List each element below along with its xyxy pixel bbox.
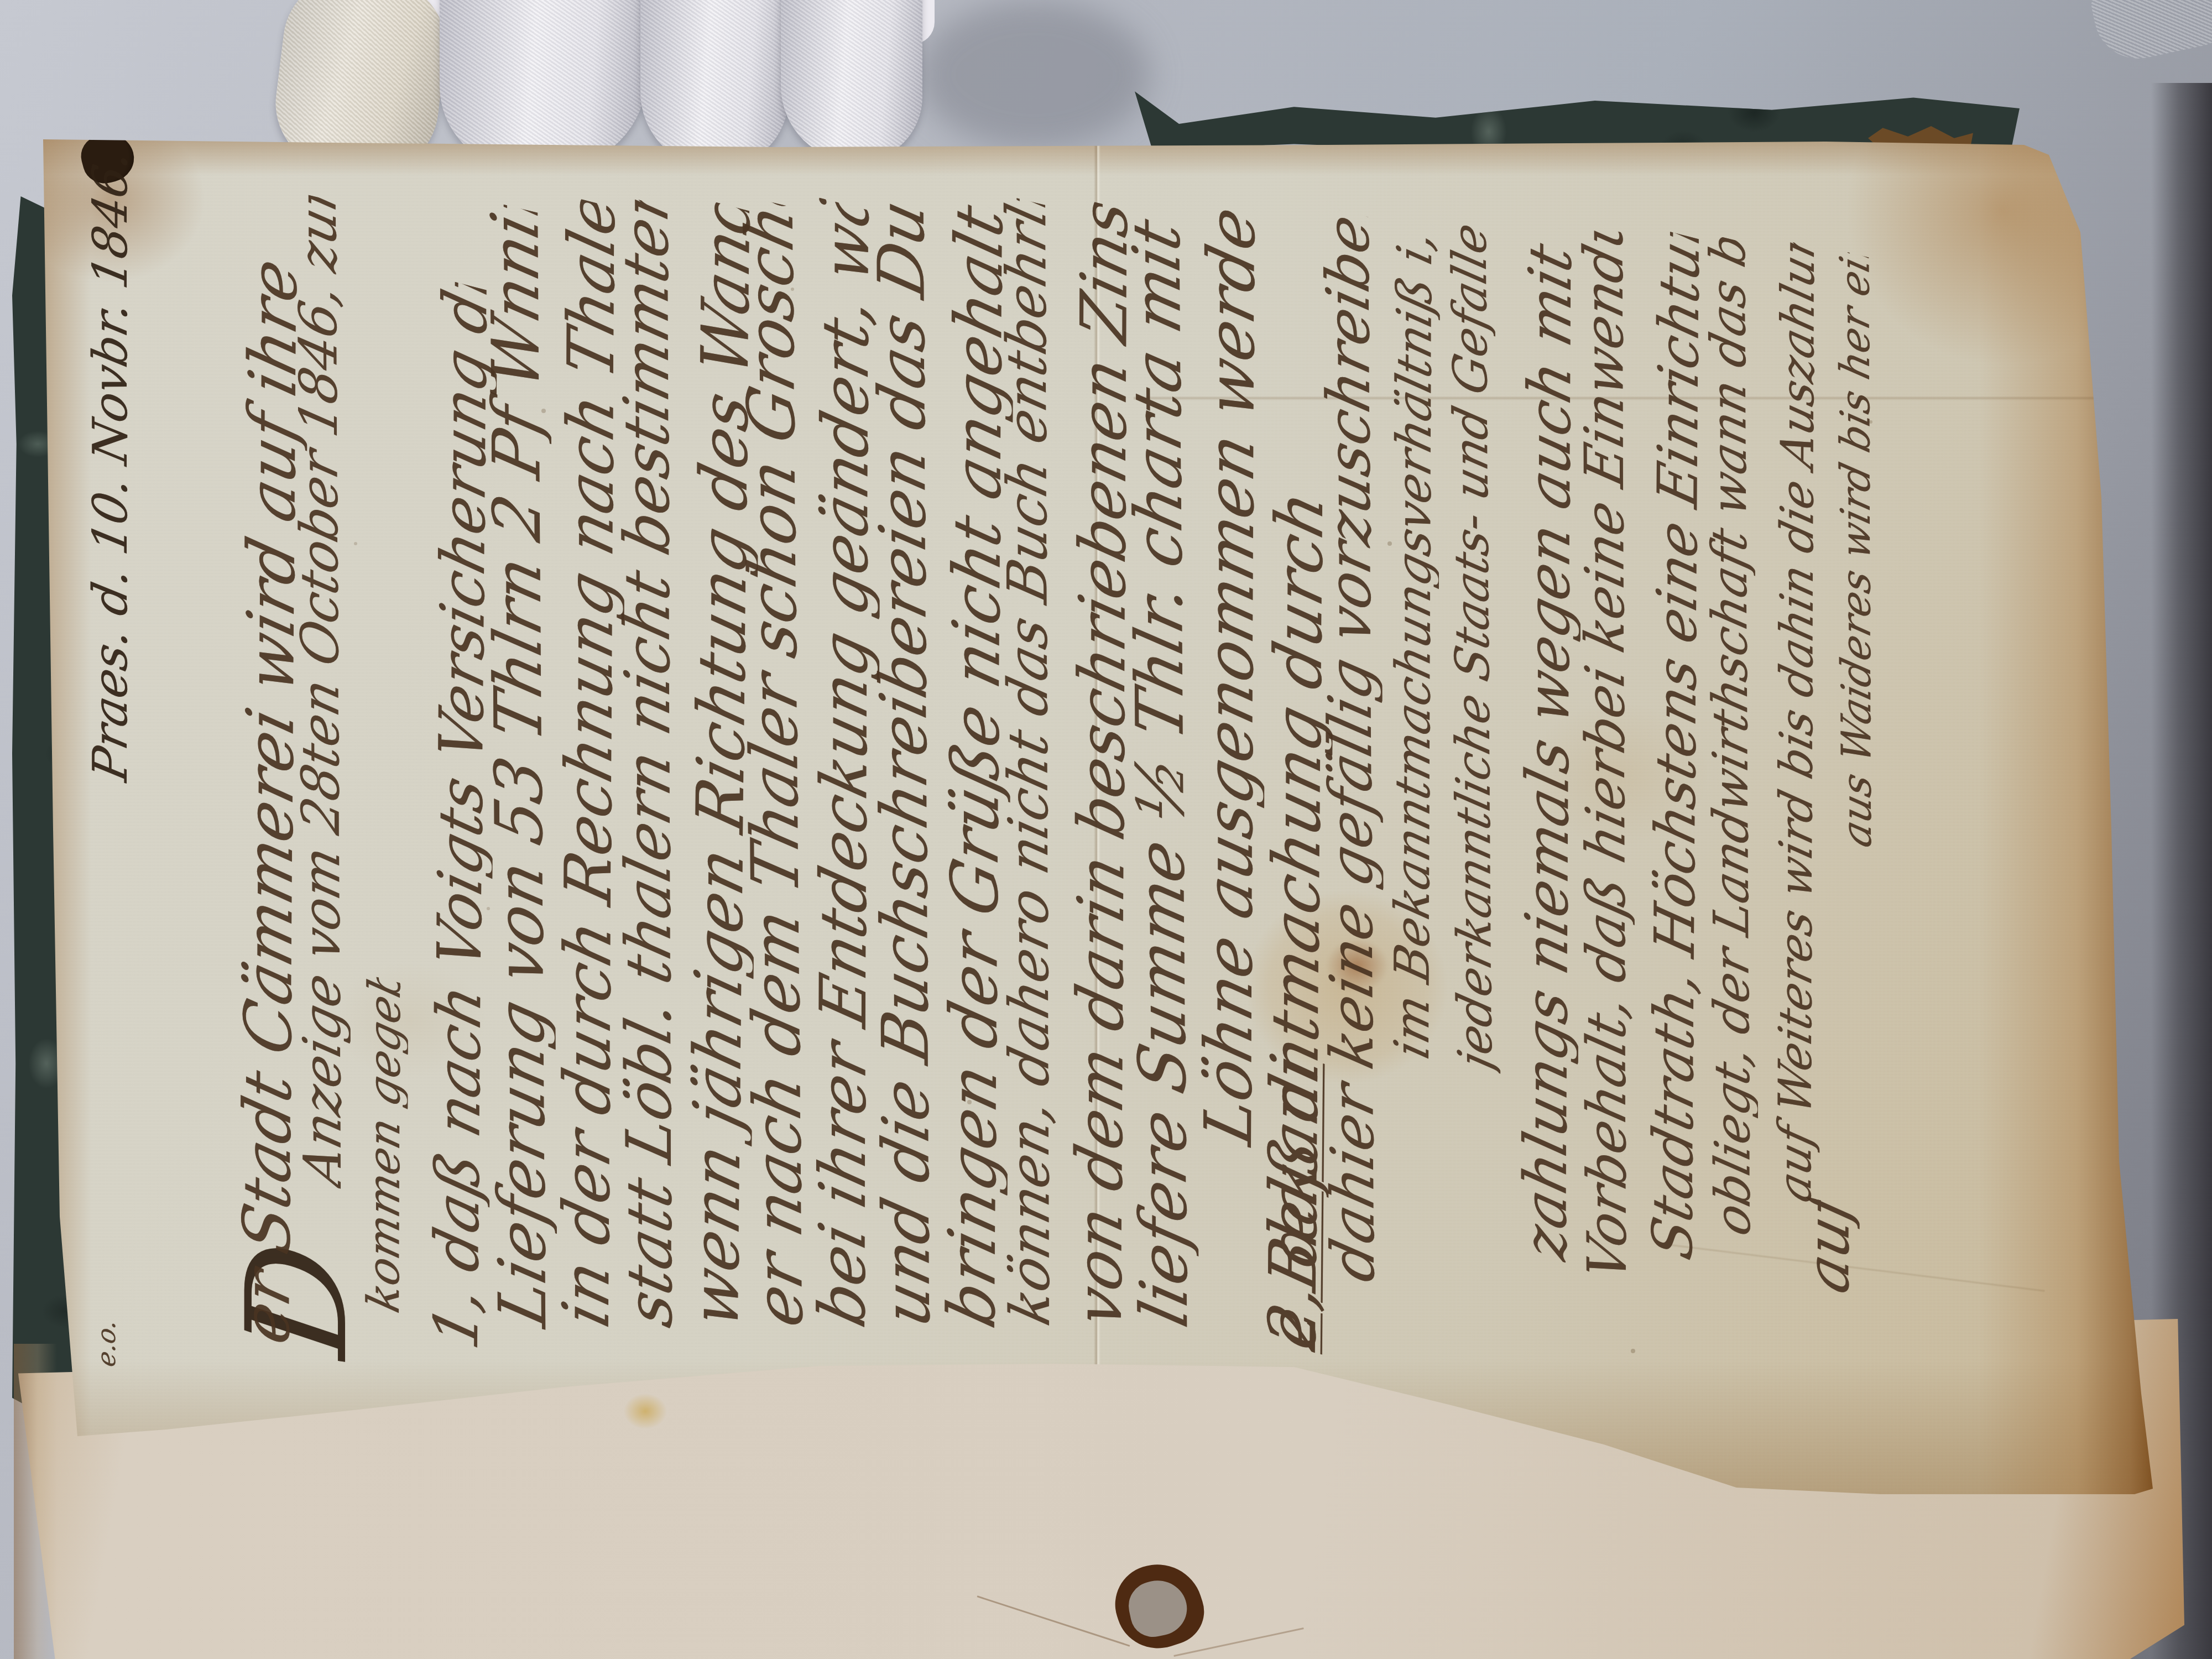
manuscript-line: Löhne ausgenommen werden. [1194,199,1266,1151]
manuscript-line: jederkanntliche Staats- und Gefallen [1445,216,1500,1074]
glove-finger [440,0,647,169]
manuscript-line: dahier keine gefällig vorzuschreiben [1317,205,1385,1287]
underlying-page-deckle-edge [14,1344,57,1659]
manuscript-line: und die Buchschreibereien das Durch [868,194,941,1333]
manuscript-line: er nach dem Thaler schon Groschen [735,194,814,1333]
manuscript-line: aus Waideres wird bis her ein [1834,249,1879,851]
manuscript-line: Stadtrath, Höchstens eine Einrichtung [1644,227,1709,1265]
manuscript-line: liefere Summe ½ Thlr. charta mit [1123,194,1199,1333]
photo-stage: Praes. d. 10. Novbr. 1846. Sk D e.o. er … [0,0,2212,1659]
manuscript-line: kommen gegeben: [361,973,408,1317]
registrar-margin-note: Praes. d. 10. Novbr. 1846. Sk [83,83,138,786]
manuscript-line: auf [1797,1194,1860,1299]
manuscript-line: auf Weiteres wird bis dahin die Auszahlu… [1772,238,1823,1207]
manuscript-line: Lieferung von 53 Thlrn 2 Pf Wnnimt [481,199,557,1333]
manuscript-line: zahlungs niemals wegen auch mit dem [1515,218,1583,1265]
manuscript-line: im Bekanntmachungsverhältniß i, die [1387,210,1440,1063]
manuscript-line: Anzeige vom 28ten October 1846, zurück [291,191,351,1191]
manuscript-line: obliegt, der Landwirthschaft wann das bi… [1703,232,1759,1240]
glove-finger [781,0,922,162]
manuscript-line: statt Löbl. thalern nicht bestimmten [613,194,683,1332]
yellow-stain-spot [624,1394,667,1429]
manuscript-line: Vorbehalt, daß hierbei keine Einwendung [1575,221,1636,1286]
manuscript-line: können, dahero nicht das Buch entbehrlic… [998,194,1060,1331]
hand-shadow [918,0,1150,149]
glove-finger [640,0,789,169]
corner-abbreviation-mark: e.o. [91,1318,121,1369]
